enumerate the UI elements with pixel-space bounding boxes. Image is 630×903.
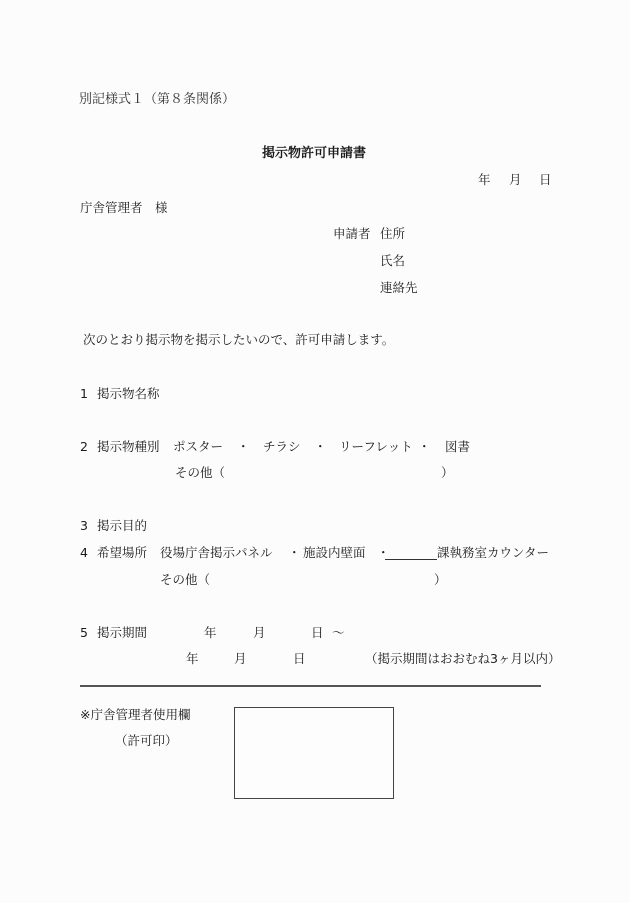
item-label: 掲示物種別 — [97, 439, 160, 455]
separator: ・ — [314, 439, 327, 455]
separator: ・ — [237, 439, 250, 455]
separator: ・ — [418, 439, 431, 455]
other-open: その他（ — [175, 465, 225, 481]
other-close: ） — [441, 465, 454, 481]
option-flyer: チラシ — [263, 439, 301, 455]
item-number: 3 — [80, 518, 88, 534]
applicant-name: 氏名 — [380, 253, 405, 269]
option-counter: 課執務室カウンター — [437, 545, 549, 561]
item-number: 5 — [80, 625, 88, 641]
tilde: ～ — [332, 625, 345, 641]
start-year: 年 — [204, 625, 217, 641]
department-blank — [385, 559, 437, 560]
option-panel: 役場庁舎掲示パネル — [160, 545, 273, 561]
date-year: 年 — [478, 172, 491, 188]
start-day: 日 — [311, 625, 324, 641]
option-wall: 施設内壁面 — [303, 545, 366, 561]
option-leaflet: リーフレット — [339, 439, 413, 455]
date-day: 日 — [539, 172, 552, 188]
permission-stamp-box — [234, 707, 394, 799]
document-title: 掲示物許可申請書 — [262, 146, 366, 162]
start-month: 月 — [253, 625, 266, 641]
separator: ・ — [288, 545, 301, 561]
item-label: 掲示物名称 — [97, 386, 160, 402]
end-year: 年 — [186, 651, 199, 667]
applicant-address: 住所 — [380, 226, 405, 242]
intro-text: 次のとおり掲示物を掲示したいので、許可申請します。 — [83, 332, 394, 348]
section-divider — [80, 685, 541, 687]
other-open: その他（ — [160, 572, 210, 588]
item-number: 1 — [80, 386, 88, 402]
admin-label: ※庁舎管理者使用欄 — [80, 707, 190, 723]
addressee: 庁舎管理者 様 — [80, 200, 168, 216]
other-close: ） — [434, 572, 447, 588]
item-label: 希望場所 — [97, 545, 147, 561]
item-label: 掲示期間 — [97, 625, 147, 641]
end-day: 日 — [293, 651, 306, 667]
applicant-contact: 連絡先 — [380, 280, 418, 296]
end-month: 月 — [234, 651, 247, 667]
form-label: 別記様式１（第８条関係） — [79, 92, 235, 108]
date-month: 月 — [509, 172, 522, 188]
applicant-label: 申請者 — [333, 226, 371, 242]
item-number: 4 — [80, 545, 88, 561]
option-poster: ポスター — [173, 439, 223, 455]
option-book: 図書 — [445, 439, 470, 455]
item-number: 2 — [80, 439, 88, 455]
stamp-label: （許可印） — [115, 733, 178, 749]
item-label: 掲示目的 — [97, 518, 147, 534]
period-note: （掲示期間はおおむね3ヶ月以内） — [365, 651, 560, 667]
